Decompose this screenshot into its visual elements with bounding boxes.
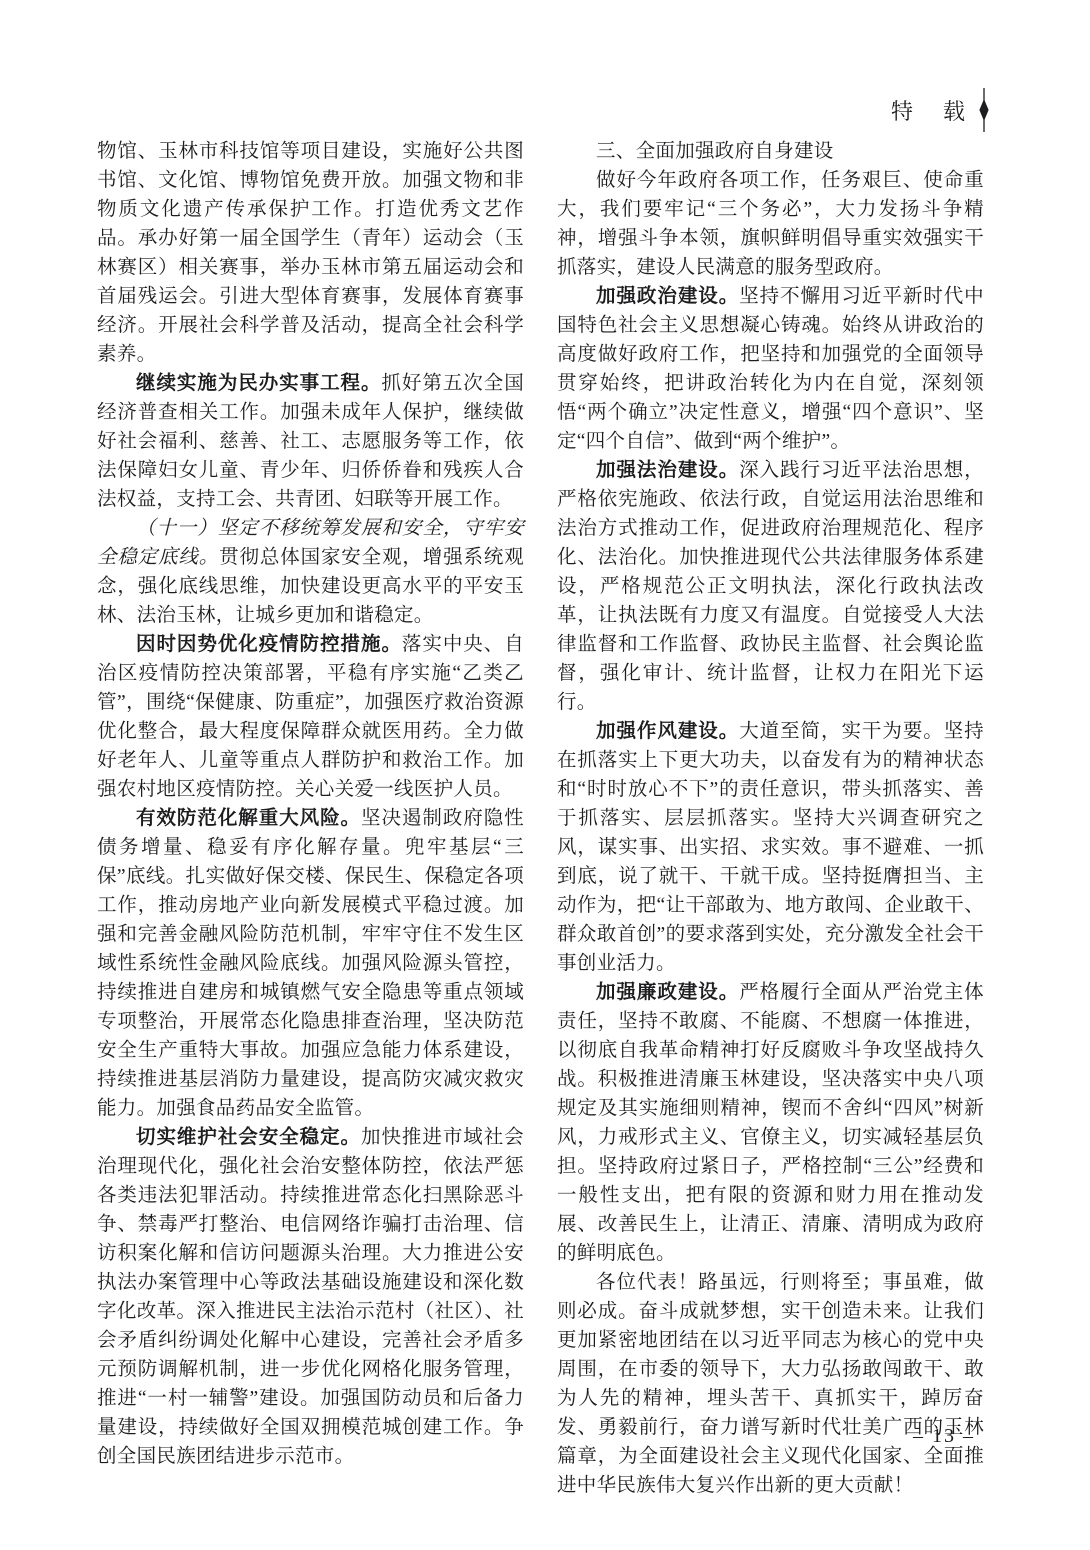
- paragraph: 有效防范化解重大风险。坚决遏制政府隐性债务增量、稳妥有序化解存量。兜牢基层“三保…: [97, 804, 524, 1123]
- page-number: – 13 –: [913, 1425, 975, 1448]
- paragraph-lead: 继续实施为民办实事工程。: [136, 372, 381, 394]
- paragraph: 加强廉政建设。严格履行全面从严治党主体责任，坚持不敢腐、不能腐、不想腐一体推进，…: [557, 978, 984, 1268]
- paragraph-lead: 有效防范化解重大风险。: [136, 807, 361, 829]
- paragraph: 加强政治建设。坚持不懈用习近平新时代中国特色社会主义思想凝心铸魂。始终从讲政治的…: [557, 282, 984, 456]
- paragraph-lead: 加强廉政建设。: [596, 981, 739, 1003]
- paragraph-lead: 加强作风建设。: [596, 720, 739, 742]
- paragraph: 切实维护社会安全稳定。加快推进市域社会治理现代化，强化社会治安整体防控，依法严惩…: [97, 1123, 524, 1471]
- section-heading: 三、全面加强政府自身建设: [557, 137, 984, 166]
- paragraph-lead: 因时因势优化疫情防控措施。: [136, 633, 402, 655]
- document-page: 特 载 物馆、玉林市科技馆等项目建设，实施好公共图书馆、文化馆、博物馆免费开放。…: [0, 0, 1090, 1550]
- paragraph-lead: （十一）坚定不移统筹发展和安全，守牢安全稳定底线。: [97, 518, 524, 568]
- paragraph: 因时因势优化疫情防控措施。落实中央、自治区疫情防控决策部署，平稳有序实施“乙类乙…: [97, 630, 524, 804]
- running-header: 特 载: [891, 88, 990, 132]
- paragraph: 加强法治建设。深入践行习近平法治思想，严格依宪施政、依法行政，自觉运用法治思维和…: [557, 456, 984, 717]
- diamond-rule-icon: [978, 88, 990, 132]
- header-label: 特 载: [891, 95, 969, 126]
- paragraph: 各位代表！路虽远，行则将至；事虽难，做则必成。奋斗成就梦想，实干创造未来。让我们…: [557, 1268, 984, 1500]
- right-column: 三、全面加强政府自身建设做好今年政府各项工作，任务艰巨、使命重大，我们要牢记“三…: [557, 137, 984, 1500]
- paragraph-lead: 加强法治建设。: [596, 459, 739, 481]
- paragraph: 做好今年政府各项工作，任务艰巨、使命重大，我们要牢记“三个务必”，大力发扬斗争精…: [557, 166, 984, 282]
- paragraph: 继续实施为民办实事工程。抓好第五次全国经济普查相关工作。加强未成年人保护，继续做…: [97, 369, 524, 514]
- left-column: 物馆、玉林市科技馆等项目建设，实施好公共图书馆、文化馆、博物馆免费开放。加强文物…: [97, 137, 524, 1500]
- paragraph-lead: 加强政治建设。: [596, 285, 739, 307]
- paragraph-lead: 切实维护社会安全稳定。: [136, 1126, 361, 1148]
- paragraph: 加强作风建设。大道至简，实干为要。坚持在抓落实上下更大功夫，以奋发有为的精神状态…: [557, 717, 984, 978]
- two-column-text: 物馆、玉林市科技馆等项目建设，实施好公共图书馆、文化馆、博物馆免费开放。加强文物…: [97, 137, 984, 1500]
- paragraph: （十一）坚定不移统筹发展和安全，守牢安全稳定底线。贯彻总体国家安全观，增强系统观…: [97, 514, 524, 630]
- paragraph: 物馆、玉林市科技馆等项目建设，实施好公共图书馆、文化馆、博物馆免费开放。加强文物…: [97, 137, 524, 369]
